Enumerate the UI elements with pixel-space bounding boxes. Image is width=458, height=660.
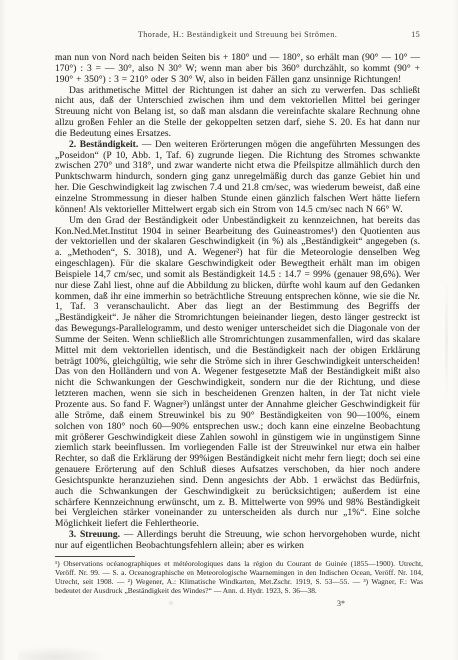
paragraph: 2. Beständigkeit. — Den weiteren Erörter… [55, 140, 420, 216]
paragraph: 3. Streuung. — Allerdings beruht die Str… [55, 530, 420, 552]
scanned-page: Thorade, H.: Beständigkeit und Streuung … [0, 0, 458, 660]
paragraph: man nun von Nord nach beiden Seiten bis … [55, 53, 420, 86]
section-heading-bestaendigkeit: 2. Beständigkeit. [69, 140, 138, 150]
header-title: Thorade, H.: Beständigkeit und Streuung … [55, 30, 420, 40]
paragraph-text: man nun von Nord nach beiden Seiten bis … [55, 53, 420, 85]
footnote-divider [55, 556, 135, 557]
scan-artifact-streak [445, 280, 448, 400]
paragraph-text: — Den weiteren Erörterungen mögen die an… [55, 140, 420, 215]
paragraph: Um den Grad der Beständigkeit oder Unbes… [55, 216, 420, 530]
paragraph-text: Um den Grad der Beständigkeit oder Unbes… [55, 216, 420, 530]
running-header: Thorade, H.: Beständigkeit und Streuung … [55, 30, 420, 42]
body-text: man nun von Nord nach beiden Seiten bis … [55, 53, 420, 552]
scan-artifact-smudge [18, 646, 108, 660]
signature-mark: 3* [55, 599, 420, 608]
footnote-text: ¹) Observations océanographiques et mété… [55, 559, 423, 596]
page-number: 15 [411, 30, 420, 40]
paragraph: Das arithmetische Mittel der Richtungen … [55, 86, 420, 140]
section-heading-streuung: 3. Streuung. [69, 530, 120, 540]
paragraph-text: Das arithmetische Mittel der Richtungen … [55, 86, 420, 139]
